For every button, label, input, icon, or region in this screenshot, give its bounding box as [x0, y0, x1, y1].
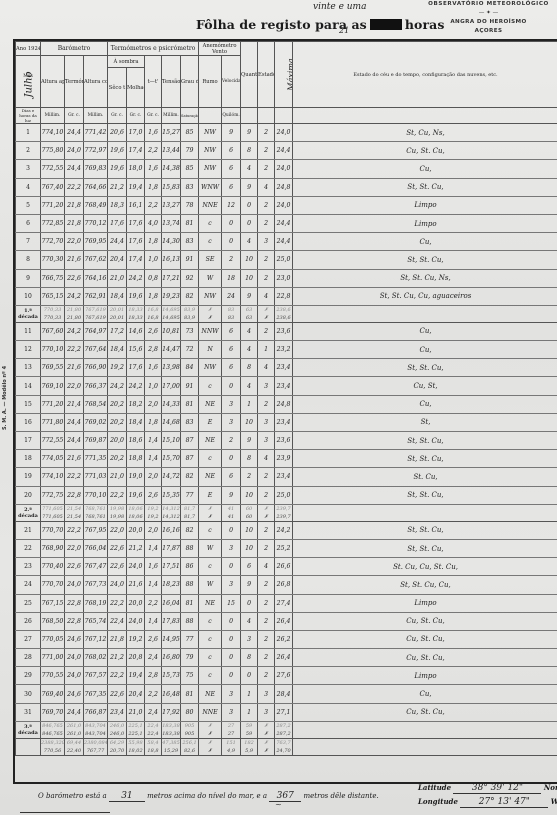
cell-seco: 18,3	[108, 196, 127, 214]
cell-seco: 20,0120,01	[108, 305, 127, 322]
cell-grau: 85	[181, 124, 199, 142]
cell-max: 27,6	[275, 667, 293, 685]
cell-mar: 2	[258, 269, 275, 287]
cell-vel: 0	[222, 450, 241, 468]
observatory-stamp: OBSERVATÓRIO METEOROLÓGICO — ✦ — ANGRA D…	[420, 0, 557, 36]
cell-molh: 18,6	[127, 432, 145, 450]
table-row: 14769,1022,0766,3724,224,21,017,0091c043…	[16, 377, 557, 395]
cell-vel: 6	[222, 341, 241, 359]
day-number: 19	[16, 468, 41, 486]
cell-molh: 24,2	[127, 377, 145, 395]
cell-mar: 3	[258, 432, 275, 450]
cell-seco: 19,2	[108, 359, 127, 377]
cell-max: 23,4	[275, 377, 293, 395]
cell-molh: 24,0	[127, 558, 145, 576]
cell-alt-ap: 774,05	[41, 450, 65, 468]
cell-alt-cor: 771,03	[84, 468, 108, 486]
cell-rumo: WNW	[199, 178, 222, 196]
cell-vel: 6	[222, 142, 241, 160]
cell-alt-ap: 766,75	[41, 269, 65, 287]
dry-bulb-header: Sêco t	[108, 68, 127, 108]
cell-nuv: 4	[241, 341, 258, 359]
cell-grau: 86	[181, 558, 199, 576]
cell-term-adj: 21,6	[65, 359, 84, 377]
cell-nuv: 10	[241, 413, 258, 431]
cell-vel: 4141	[222, 504, 241, 521]
cell-seco: 17,2	[108, 322, 127, 340]
cell-max: 239,7239,7	[275, 504, 293, 521]
cell-rumo: NNW	[199, 322, 222, 340]
decade-summary-row: 2.ª década771,605771,60521,5421,54768,76…	[16, 504, 557, 521]
cell-molh: 24,0	[127, 612, 145, 630]
cell-molh: 20,0	[127, 521, 145, 539]
register-sheet: vinte e uma Fôlha de registo para ashora…	[0, 0, 557, 815]
cell-molh: 17,6	[127, 214, 145, 232]
wind-speed-header: Velocidade horária	[222, 56, 241, 108]
cell-max: 24,0	[275, 196, 293, 214]
cell-rumo: c	[199, 558, 222, 576]
cell-max: 23,4	[275, 468, 293, 486]
cell-seco: 64,2920,70	[108, 738, 127, 755]
cell-nuv: 4	[241, 322, 258, 340]
cell-diff: 1,8	[145, 178, 162, 196]
sky-state-remark: St, St. Cu,	[293, 450, 557, 468]
cell-rumo: NW	[199, 287, 222, 305]
cell-term-adj: 24,4	[65, 432, 84, 450]
sky-state-remark: St, St. Cu,	[293, 178, 557, 196]
cell-rumo: E	[199, 486, 222, 504]
cell-term-adj: 24,0	[65, 667, 84, 685]
cell-nuv: 10	[241, 486, 258, 504]
signature-scrawl: ~	[275, 800, 282, 809]
cell-max: 27,1	[275, 703, 293, 721]
day-number: 5	[16, 196, 41, 214]
cell-rumo: NE	[199, 432, 222, 450]
cell-rumo: c	[199, 521, 222, 539]
cell-nuv: 9	[241, 432, 258, 450]
unit-clouds	[241, 108, 258, 124]
cell-grau: 78	[181, 196, 199, 214]
cell-alt-cor: 767,73	[84, 576, 108, 594]
humidity-header: Grau de humidade	[181, 56, 199, 108]
sky-state-remark: St. Cu, Cu, St. Cu,	[293, 558, 557, 576]
cell-alt-cor: 768,761768,761	[84, 504, 108, 521]
cell-tensao: 13,27	[162, 196, 181, 214]
unit-remarks	[293, 108, 557, 124]
cell-molh: 24,2	[127, 269, 145, 287]
cell-seco: 21,0	[108, 468, 127, 486]
cell-nuv: 10	[241, 269, 258, 287]
cell-seco: 24,0	[108, 576, 127, 594]
cell-tensao: 14,68	[162, 413, 181, 431]
cell-max: 26,8	[275, 576, 293, 594]
unit-corrected: Millim.	[84, 108, 108, 124]
cell-alt-ap: 772,75	[41, 486, 65, 504]
cell-mar: 4	[258, 558, 275, 576]
cell-mar: 4	[258, 359, 275, 377]
cell-alt-cor: 770,10	[84, 486, 108, 504]
cell-seco: 24,4	[108, 233, 127, 251]
cell-alt-ap: 775,80	[41, 142, 65, 160]
cell-rumo: NE	[199, 685, 222, 703]
cell-vel: 3	[222, 395, 241, 413]
cell-alt-cor: 770,12	[84, 214, 108, 232]
cell-grau: 81	[181, 395, 199, 413]
cell-vel: 9	[222, 486, 241, 504]
cell-molh: 225,1225,1	[127, 721, 145, 738]
cell-alt-ap: 771,605771,605	[41, 504, 65, 521]
cell-nuv: 0	[241, 667, 258, 685]
cell-alt-cor: 768,54	[84, 395, 108, 413]
cell-tensao: 15,27	[162, 124, 181, 142]
cell-max: 287,2287,2	[275, 721, 293, 738]
table-row: 1774,1024,4771,4220,617,01,615,2785NW992…	[16, 124, 557, 142]
sky-state-remark: St, St. Cu,	[293, 539, 557, 557]
cell-diff: 2,2	[145, 594, 162, 612]
month-header: Mês Julho	[16, 56, 41, 108]
cell-mar: 2	[258, 251, 275, 269]
cell-alt-ap: 765,15	[41, 287, 65, 305]
day-number: 10	[16, 287, 41, 305]
cell-seco: 20,2	[108, 450, 127, 468]
cell-molh: 15,6	[127, 341, 145, 359]
cell-alt-ap: 771,20	[41, 395, 65, 413]
cell-max: 24,0	[275, 160, 293, 178]
unit-wet: Gr. c.	[127, 108, 145, 124]
cell-max: 26,2	[275, 630, 293, 648]
cell-max: 24,4	[275, 142, 293, 160]
cell-tensao: 47,38515,29	[162, 738, 181, 755]
cell-vel: 0	[222, 377, 241, 395]
cell-alt-ap: 770,05	[41, 630, 65, 648]
cell-grau: 92	[181, 269, 199, 287]
cell-tensao: 14,38	[162, 160, 181, 178]
cell-rumo: W	[199, 269, 222, 287]
cell-term-adj: 22,2	[65, 468, 84, 486]
cell-mar: 2	[258, 667, 275, 685]
cell-vel: 0	[222, 612, 241, 630]
day-number: 18	[16, 450, 41, 468]
cell-tensao: 14,69514,695	[162, 305, 181, 322]
cell-grau: 82	[181, 468, 199, 486]
cell-term-adj: 22,8	[65, 486, 84, 504]
day-number: 2	[16, 142, 41, 160]
cell-molh: 17,0	[127, 124, 145, 142]
cell-rumo: NE	[199, 468, 222, 486]
cell-max: 26,6	[275, 558, 293, 576]
cell-alt-ap: 769,40	[41, 685, 65, 703]
cell-alt-ap: 771,80	[41, 413, 65, 431]
cell-grau: 75	[181, 667, 199, 685]
cell-term-adj: 22,8	[65, 594, 84, 612]
cell-alt-cor: 768,02	[84, 649, 108, 667]
cell-seco: 23,4	[108, 703, 127, 721]
cell-rumo: NW	[199, 142, 222, 160]
day-number: 12	[16, 341, 41, 359]
cell-term-adj: 21,5421,54	[65, 504, 84, 521]
cell-vel: 8383	[222, 305, 241, 322]
cell-vel: 2	[222, 432, 241, 450]
table-row: 10765,1524,2762,9118,419,61,819,2382NW24…	[16, 287, 557, 305]
cell-max: 25,0	[275, 251, 293, 269]
cell-term-adj: 22,8	[65, 612, 84, 630]
sky-state-remark: Limpo	[293, 214, 557, 232]
cell-alt-cor: 764,97	[84, 322, 108, 340]
cell-term-adj: 22,0	[65, 539, 84, 557]
cell-mar: 2	[258, 124, 275, 142]
cell-grau: 79	[181, 649, 199, 667]
cell-diff: 2,2	[145, 685, 162, 703]
cell-mar: 3	[258, 413, 275, 431]
cell-alt-cor: 766,90	[84, 359, 108, 377]
day-number: 29	[16, 667, 41, 685]
cell-vel: 1514,9	[222, 738, 241, 755]
latitude-line: Latitude 38° 39' 12" Nort	[418, 783, 557, 794]
day-number: 7	[16, 233, 41, 251]
cell-nuv: 8	[241, 450, 258, 468]
cell-tensao: 13,74	[162, 214, 181, 232]
cell-alt-cor: 767,57	[84, 667, 108, 685]
cell-seco: 20,2	[108, 395, 127, 413]
cell-tensao: 14,30	[162, 233, 181, 251]
cell-rumo: SE	[199, 251, 222, 269]
cell-mar: 3	[258, 377, 275, 395]
cell-molh: 17,6	[127, 233, 145, 251]
day-number: 24	[16, 576, 41, 594]
sky-state-remark: Cu,	[293, 685, 557, 703]
register-rows: 1774,1024,4771,4220,617,01,615,2785NW992…	[16, 124, 557, 756]
sky-state-remark	[293, 305, 557, 322]
cell-seco: 20,0	[108, 432, 127, 450]
cell-diff: 1,4	[145, 539, 162, 557]
table-row: 12770,1022,2767,6418,415,62,814,4772N641…	[16, 341, 557, 359]
cell-vel: 12	[222, 196, 241, 214]
cell-tensao: 15,73	[162, 667, 181, 685]
cell-nuv: 6	[241, 558, 258, 576]
cell-molh: 16,1	[127, 196, 145, 214]
cell-alt-ap: 767,60	[41, 322, 65, 340]
cell-seco: 17,6	[108, 214, 127, 232]
cell-max: 25,2	[275, 539, 293, 557]
cell-mar: 2	[258, 142, 275, 160]
unit-tension: Millim.	[162, 108, 181, 124]
cell-max: 24,0	[275, 124, 293, 142]
cell-vel: 15	[222, 594, 241, 612]
cell-nuv: 0	[241, 196, 258, 214]
cell-term-adj: 24,4	[65, 124, 84, 142]
cell-alt-ap: 770,30	[41, 251, 65, 269]
sky-state-remark: St, St. Cu,	[293, 521, 557, 539]
cell-vel: 0	[222, 521, 241, 539]
table-row: 28771,0024,0768,0221,220,82,416,8079c082…	[16, 649, 557, 667]
corrected-height-header: Altura corrigida	[84, 56, 108, 108]
cell-diff: 2,6	[145, 486, 162, 504]
unit-dry: Gr. c.	[108, 108, 127, 124]
cell-max: 23,4	[275, 359, 293, 377]
cell-nuv: 9	[241, 178, 258, 196]
cell-molh: 18,4	[127, 413, 145, 431]
cell-term-adj: 22,6	[65, 558, 84, 576]
cell-rumo: NW	[199, 160, 222, 178]
cell-max: 24,2	[275, 521, 293, 539]
day-number: 6	[16, 214, 41, 232]
decade-label	[16, 738, 41, 755]
cell-molh: 20,8	[127, 649, 145, 667]
sky-state-remark: St,	[293, 413, 557, 431]
cell-nuv: 4	[241, 377, 258, 395]
cell-nuv: 8	[241, 142, 258, 160]
cell-seco: 18,4	[108, 287, 127, 305]
cell-max: 25,0	[275, 486, 293, 504]
cell-vel: 0	[222, 630, 241, 648]
cell-diff: 2,8	[145, 667, 162, 685]
cell-max: 23,0	[275, 269, 293, 287]
cell-mar: 2	[258, 521, 275, 539]
cell-term-adj: 24,4	[65, 703, 84, 721]
cell-term-adj: 22,6	[65, 269, 84, 287]
decade-summary-row: 2388,320770,5669,4422,402380,084767,7764…	[16, 738, 557, 755]
cell-seco: 20,4	[108, 251, 127, 269]
cell-alt-ap: 770,70	[41, 576, 65, 594]
cell-term-adj: 21,6	[65, 450, 84, 468]
cell-molh: 20,0	[127, 594, 145, 612]
cell-diff: 1,8	[145, 287, 162, 305]
unit-sea	[258, 108, 275, 124]
unit-apparent: Millim.	[41, 108, 65, 124]
cell-max: 26,4	[275, 612, 293, 630]
cell-molh: 17,6	[127, 359, 145, 377]
cell-term-adj: 21,8	[65, 214, 84, 232]
table-row: 31769,7024,4766,8723,421,02,417,9280NNE3…	[16, 703, 557, 721]
cell-seco: 21,8	[108, 630, 127, 648]
decade-label: 3.ª década	[16, 721, 41, 738]
day-number: 31	[16, 703, 41, 721]
cell-grau: 77	[181, 486, 199, 504]
cell-alt-ap: 771,20	[41, 196, 65, 214]
cell-diff: 19,219,2	[145, 504, 162, 521]
cell-alt-cor: 767,95	[84, 521, 108, 539]
cell-alt-cor: 768,49	[84, 196, 108, 214]
cell-rumo: W	[199, 539, 222, 557]
day-number: 25	[16, 594, 41, 612]
table-row: 4767,4022,2764,6621,219,41,815,8383WNW69…	[16, 178, 557, 196]
maximum-header: Máxima	[275, 42, 293, 108]
cell-grau: 82	[181, 521, 199, 539]
cell-tensao: 15,83	[162, 178, 181, 196]
anemometer-header: AnemómetroVento	[199, 42, 241, 56]
unit-max	[275, 108, 293, 124]
cell-nuv: 1	[241, 703, 258, 721]
cell-grau: 81	[181, 685, 199, 703]
cell-term-adj: 24,4	[65, 160, 84, 178]
decade-summary-row: 1.ª década770,33770,3321,8021,80767,6197…	[16, 305, 557, 322]
cell-molh: 20,4	[127, 685, 145, 703]
cell-diff: 1,6	[145, 558, 162, 576]
sky-state-remark: St, St. Cu, Ns,	[293, 269, 557, 287]
barometer-height-value: 31	[109, 791, 145, 802]
cell-max: 23,9	[275, 450, 293, 468]
cell-mar: 3	[258, 703, 275, 721]
barometer-header: Barómetro	[41, 42, 108, 56]
cell-mar: 2	[258, 214, 275, 232]
sky-state-remark: St, St. Cu,	[293, 359, 557, 377]
cell-mar: 2	[258, 322, 275, 340]
cell-max: 24,8	[275, 395, 293, 413]
footer-rule	[20, 812, 110, 813]
cell-alt-ap: 767,40	[41, 178, 65, 196]
cell-alt-ap: 770,55	[41, 667, 65, 685]
cell-nuv: 4	[241, 612, 258, 630]
cell-grau: 83	[181, 178, 199, 196]
cell-diff: 2,0	[145, 395, 162, 413]
cell-rumo: c	[199, 214, 222, 232]
stamp-location: AÇORES	[420, 27, 557, 36]
cell-tensao: 19,23	[162, 287, 181, 305]
table-row: 25767,1522,8768,1922,220,02,216,0481NE15…	[16, 594, 557, 612]
cell-mar: 2	[258, 486, 275, 504]
cell-tensao: 14,47	[162, 341, 181, 359]
cell-term-adj: 24,0	[65, 649, 84, 667]
cell-rumo: W	[199, 576, 222, 594]
cell-grau: 91	[181, 251, 199, 269]
table-row: 29770,5524,0767,5722,219,42,815,7375c002…	[16, 667, 557, 685]
cell-nuv: 4	[241, 233, 258, 251]
table-row: 20772,7522,8770,1022,219,62,615,3577E910…	[16, 486, 557, 504]
cell-nuv: 0	[241, 214, 258, 232]
cell-max: 24,4	[275, 214, 293, 232]
cell-alt-cor: 768,19	[84, 594, 108, 612]
cell-grau: 72	[181, 341, 199, 359]
cell-vel: 2727	[222, 721, 241, 738]
cell-nuv: 6363	[241, 305, 258, 322]
cloud-amount-header: Quantidade de nuvens 0 a 10	[241, 42, 258, 108]
cell-vel: 0	[222, 558, 241, 576]
sky-state-remark: St. Cu,	[293, 468, 557, 486]
cell-alt-ap: 772,55	[41, 432, 65, 450]
cell-tensao: 13,44	[162, 142, 181, 160]
cell-alt-ap: 771,00	[41, 649, 65, 667]
sky-state-remark: Cu,	[293, 322, 557, 340]
cell-tensao: 16,80	[162, 649, 181, 667]
cell-alt-cor: 769,83	[84, 160, 108, 178]
sky-state-remark: Cu, St,	[293, 377, 557, 395]
cell-rumo: NNE	[199, 196, 222, 214]
cell-mar: 2	[258, 468, 275, 486]
cell-diff: 1,8	[145, 233, 162, 251]
cell-tensao: 15,35	[162, 486, 181, 504]
cell-max: 763,724,70	[275, 738, 293, 755]
day-number: 20	[16, 486, 41, 504]
cell-alt-ap: 770,40	[41, 558, 65, 576]
sky-state-remark: St, St. Cu, Cu,	[293, 576, 557, 594]
cell-grau: 79	[181, 142, 199, 160]
cell-alt-ap: 772,85	[41, 214, 65, 232]
cell-rumo: c	[199, 630, 222, 648]
form-model-label: S. M. A. — Modêlo nº 4	[2, 366, 8, 430]
cell-grau: 77	[181, 630, 199, 648]
redaction-bar	[370, 19, 402, 30]
cell-nuv: 10	[241, 251, 258, 269]
cell-seco: 22,6	[108, 685, 127, 703]
stamp-divider: — ✦ —	[420, 9, 557, 18]
cell-mar: 1	[258, 341, 275, 359]
cell-max: 23,6	[275, 322, 293, 340]
cell-max: 23,2	[275, 341, 293, 359]
cell-molh: 21,0	[127, 703, 145, 721]
register-table: Ano 1924 Barómetro Termómetros e psicróm…	[15, 41, 557, 756]
cell-molh: 17,4	[127, 251, 145, 269]
cell-max: 238,6238,6	[275, 305, 293, 322]
